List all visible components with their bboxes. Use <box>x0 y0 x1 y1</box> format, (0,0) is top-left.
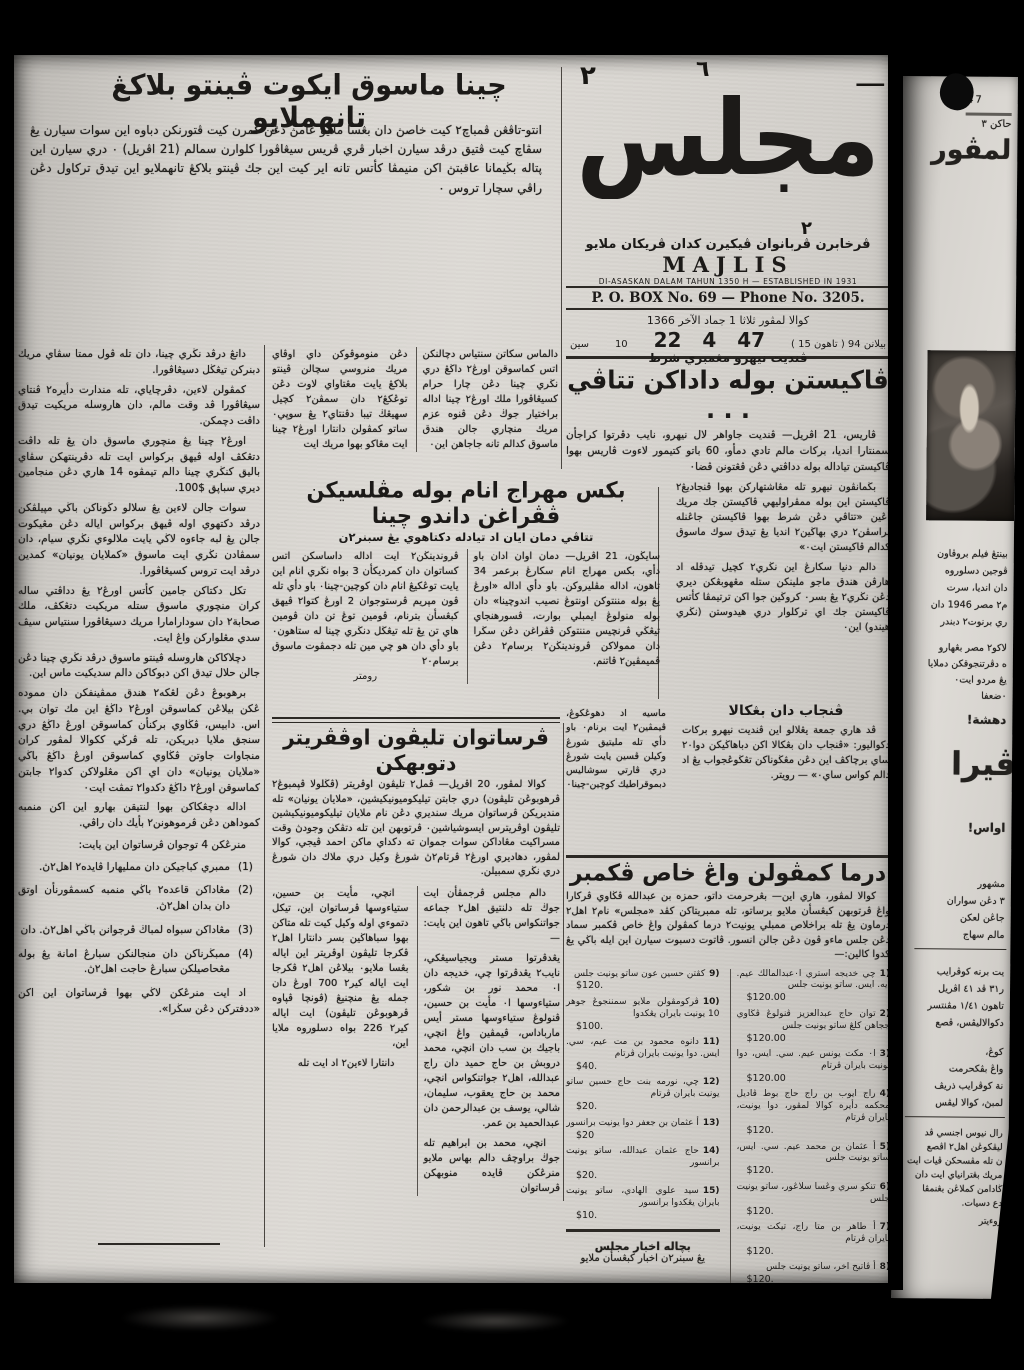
caption-line: م٢ مصر 1946 دان <box>931 599 1008 611</box>
item-amount: $100. <box>566 1021 720 1034</box>
fragment-line: رال نيوس اجنسي ڤد <box>925 1128 1003 1139</box>
fragment-line: ليڤكوڠن اهل٢ اڤصع <box>927 1142 1003 1153</box>
paragraph: تكل دكتاكن جامين كأتس اورڠ٢ يڠ دداڤتي سا… <box>18 584 260 647</box>
goal-item: (4) ممبڬرناكن دان منجالنكن سبارڠ امانة ي… <box>18 947 260 979</box>
pakistan-lead: ڤاريس، 21 اڤريل— ڤنديت جاواهر لال نيهرو،… <box>566 428 890 475</box>
article-punjab-bengal: ڤنجاب دان بڠكالا ڤد هاري جمعة يڠلالو اين… <box>682 703 890 783</box>
film-star-photo <box>926 350 1015 521</box>
goal-number: (4) <box>238 947 260 979</box>
paragraph: برهوبوڠ دڠن لڠكه٢ هندق ممڤينفكن دان ممود… <box>18 686 260 796</box>
exclamation-fragment: اواس! <box>968 821 1006 835</box>
fragment-line: كوڠ، <box>985 1047 1003 1058</box>
goal-number: (1) <box>238 860 260 876</box>
masthead-tagline: ڤرخابرن ڤربانوان ڤيكيرن كدان ڤريكان ملاي… <box>566 237 890 252</box>
continuation-col-right: دالماس سكاتن سنتياس دچالنكن اتس كماسوقن … <box>416 347 559 452</box>
logo-flourish-icon: ٦ <box>696 57 709 82</box>
fragment-line: واڠ بڤكحرمت <box>949 1063 1004 1074</box>
fragment-line: ن تله مڤسحكن ڤيات ايت <box>907 1156 1003 1167</box>
fragment-line: ر٣١ ڤد ٤١ اڤريل <box>938 983 1004 995</box>
telephone-paragraph: دانتارا لاءين٢ اد ايت تله <box>272 1056 409 1071</box>
adjacent-page-strip: 1947 حاكن ٣ لمڤور بينتڠ فيلم بروڤاون ڤوج… <box>891 76 1018 1299</box>
donation-item: 5)أ عثمان بن محمد عيم. سي. ايس، ساتو يون… <box>737 1142 891 1178</box>
fragment-line: لمبڽ، كوالا ليڤس <box>935 1097 1003 1109</box>
donation-item: 10)ڤركومڤولن ملايو سمننجوڠ جوهر 10 يونيت… <box>566 997 720 1033</box>
donation-item: 1)چي خديجه استري ا٠عبدالمالك عيم. ايه. ا… <box>737 969 891 1005</box>
paragraph: دچلاكاكن هاروسله ڤينتو ماسوق درڤد نڬري چ… <box>18 651 260 683</box>
item-text: چي، نورمه بنت حاج حسين ساتو يونيت بايران… <box>566 1077 720 1099</box>
item-number: 11) <box>703 1037 720 1047</box>
item-number: 15) <box>703 1186 720 1196</box>
fragment-rule <box>905 1116 1005 1118</box>
price-number: 10 <box>615 339 628 350</box>
donation-item: 4)راج ايوب بن راج حاج بوط ڤاديل محكمه دأ… <box>737 1089 891 1137</box>
column-rule <box>561 67 562 469</box>
lead-article-intro: انتو-تاڤڠن ڤمباچ٢ كيت خاصڽ دان بڠسا ملاي… <box>30 121 542 198</box>
pobox-phone-line: P. O. BOX No. 69 — Phone No. 3205. <box>566 286 890 310</box>
telephone-col-left: انچي، مأيت بن حسين، ستياءوسها ڤرساتوان ا… <box>272 886 409 1196</box>
item-text: أ طاهر بن متا راج، تيكت يونيت، بايران ڤر… <box>737 1222 891 1244</box>
price-unit: سين <box>570 339 589 350</box>
fragment-line: يت برنه كوڤرايب <box>937 966 1005 978</box>
section-double-rule <box>272 717 560 723</box>
caption-line: ري برنوت٢ دبندر <box>940 616 1007 628</box>
goal-number: (3) <box>238 923 260 939</box>
exclamation-fragment: دهشة! <box>967 713 1007 727</box>
item-text: تنكو سري وڠسا سلاڠور، ساتو يونيت جلس <box>737 1182 891 1204</box>
fragment-line: ه دڤرتنجوقكن دملايا <box>928 658 1007 670</box>
caption-line: دان انديا، سرت <box>947 582 1008 594</box>
annam-continuation: ماسيه اد دهوڠكوڠ، ڤيمڤين٢ ايت برنام٠ باو… <box>566 707 666 793</box>
item-text: توان حاج عبدالعزيز ڤنولوڠ ڤڬاوي ججاهن كل… <box>737 1009 891 1031</box>
item-amount: $120.00 <box>737 1073 891 1086</box>
goals-intro: منرڠكن 4 توجوان ڤرساتوان اين يايت: <box>18 838 260 854</box>
margin-smudge <box>120 1305 280 1331</box>
annam-col-left: ڤروندينڬن٢ ايت اداله داساسكن اتس كساتوان… <box>272 549 459 669</box>
donation-item: 12)چي، نورمه بنت حاج حسين ساتو يونيت باي… <box>566 1077 720 1113</box>
donation-item: 6)تنكو سري وڠسا سلاڠور، ساتو يونيت جلس$1… <box>737 1182 891 1218</box>
telephone-lead: كوالا لمڤور، 20 اڤريل— ڤمل٢ تليڤون اوڤري… <box>272 778 560 880</box>
fragment-line: لاكو٢ مصر بڠهارو <box>939 642 1007 654</box>
paragraph: اورڠ٢ چينا يڠ منچوري ماسوق دان يڠ تله دا… <box>18 434 260 497</box>
fragment-line: تاهون ١/٤١ مڤنتسر <box>927 1000 1003 1012</box>
masthead: مجلس ٢ ٦ ــــ ٢ ڤرخابرن ڤربانوان ڤيكيرن … <box>566 61 890 359</box>
article-derma: درما كمڤولن واڠ خاص ڤكمبر كوالا لمڤور، ه… <box>566 861 890 1283</box>
caption-line: ڤوجين دسلوروه <box>945 565 1008 577</box>
fragment-line: ٠ضعفا <box>981 691 1007 702</box>
annam-signoff: رومتر <box>272 669 459 684</box>
left-column: داتڠ درڤد نڬري چينا، دان تله ڤول ممتا سڤ… <box>18 347 260 1018</box>
item-amount: $120. <box>737 1246 891 1259</box>
article-pakistan: ڤنديت نيهرو مڠمبري شرط ڤاكيستن بوله دادا… <box>566 351 890 635</box>
donation-item: 7)أ طاهر بن متا راج، تيكت يونيت، بايران … <box>737 1222 891 1258</box>
item-amount: $120.00 <box>737 1033 891 1046</box>
issue-number: بيلانن 94 ( تاهون 15 ) <box>791 339 886 350</box>
donation-item: 8)أ ڤاتيح اخر، ساتو يونيت جلس$120. <box>737 1262 891 1283</box>
item-text: چي خديجه استري ا٠عبدالمالك عيم. ايه. ايس… <box>737 969 891 991</box>
paragraph: كمڤولن لاءين، دڤرچاياي، تله مندارت دأيره… <box>18 383 260 430</box>
newspaper-title-latin: MAJLIS <box>566 252 890 277</box>
item-text: أ ڤاتيح اخر، ساتو يونيت جلس <box>766 1262 875 1272</box>
goal-text: مڠاداكن سبواه لمباڬ ڤرجوانن باڬي اهل٢ڽ. … <box>21 923 230 939</box>
goal-number: (2) <box>238 883 260 915</box>
item-amount: $120. <box>737 1125 891 1138</box>
telephone-paragraph: دالم مجلس ڤرجمڤأن ايت جوڬ تله دلنتيق اهل… <box>424 886 561 946</box>
donation-column-right: 1)چي خديجه استري ا٠عبدالمالك عيم. ايه. ا… <box>730 969 891 1284</box>
logo-flourish-icon: ٢ <box>580 61 596 91</box>
item-number: 9) <box>709 969 719 979</box>
item-amount: $10. <box>566 1210 720 1223</box>
slogan-line2: يڠ سبنر٢ن اخبار كبڠسأن ملايو <box>566 1253 720 1264</box>
telephone-paragraph: انچي، محمد بن ابراهيم تله جوڬ براوچڤ دال… <box>424 1136 561 1196</box>
slogan-rule <box>566 1229 720 1232</box>
newspaper-title-jawi: مجلس <box>566 56 890 190</box>
goal-text: ممبري كباجيكن دان ممليهارا ڤايده٢ اهل٢ڽ. <box>39 860 230 876</box>
donation-item: 2)توان حاج عبدالعزيز ڤنولوڠ ڤڬاوي ججاهن … <box>737 1009 891 1045</box>
pakistan-kicker: ڤنديت نيهرو مڠمبري شرط <box>566 351 890 365</box>
punjab-bengal-body: ڤد هاري جمعة يڠلالو اين ڤنديت نيهرو بركا… <box>682 723 890 783</box>
item-text: راج ايوب بن راج حاج بوط ڤاديل محكمه دأير… <box>737 1089 891 1123</box>
telephone-headline: ڤرساتوان تليڤون اوڤڤريتر دتوبهكن <box>272 725 560 775</box>
item-amount: $20 <box>566 1130 720 1143</box>
margin-smudge <box>420 1310 570 1332</box>
article-telephone: ڤرساتوان تليڤون اوڤڤريتر دتوبهكن كوالا ل… <box>272 726 560 1196</box>
fragment-line: دكوالاليڤس، ڤصع <box>935 1017 1003 1029</box>
item-text: سيد علوي الهادي، ساتو يونيت بايران يڠكدو… <box>566 1186 720 1208</box>
newspaper-page: مجلس ٢ ٦ ــــ ٢ ڤرخابرن ڤربانوان ڤيكيرن … <box>14 55 894 1283</box>
fragment-line: دع دسيات. <box>962 1199 1003 1209</box>
dateline-jawi: كوالا لمڤور ثلاثا 1 جماد الآخر 1366 <box>566 310 890 327</box>
fragment-line: مشهور <box>977 879 1005 890</box>
item-number: 13) <box>703 1118 720 1128</box>
paragraph: سوات جالن لاءين يڠ سلالو دڬوناكن باڬي مڽ… <box>18 501 260 580</box>
telephone-paragraph: يڠدڤرتوا مستر ويجياسيڠكي، نايب٢ يڠدڤرتوا… <box>424 951 561 1131</box>
fragment-line: ٣ دڠن سواران <box>947 895 1005 907</box>
goal-text: مڠاداكن قاعده٢ باڬي منمبه كسمڤورنأن اوتق… <box>18 883 230 915</box>
telephone-paragraph: انچي، مأيت بن حسين، ستياءوسها ڤرساتوان ا… <box>272 886 409 1051</box>
date-numerals: 22 4 47 <box>654 328 766 352</box>
paragraph: اداله دچڠكاكن بهوا لنتيقن بهارو اين اكن … <box>18 800 260 832</box>
donation-item: 13)أ عثمان بن جعفر دوا يونيت برانسور$20 <box>566 1118 720 1142</box>
item-number: 10) <box>703 997 720 1007</box>
item-text: ا٠ مكت يونس عيم. سي. ايس، دوا يونيت باير… <box>737 1049 891 1071</box>
caption-line: بينتڠ فيلم بروڤاون <box>937 548 1008 560</box>
column-rule <box>264 345 265 1247</box>
masthead-logo-block: مجلس ٢ ٦ ــــ ٢ <box>566 61 890 237</box>
item-amount: $20. <box>566 1170 720 1183</box>
slogan-line1: بچاله اخبار مجلس <box>566 1240 720 1253</box>
logo-flourish-icon: ٢ <box>801 218 812 239</box>
item-text: أ عثمان بن جعفر دوا يونيت برانسور <box>566 1118 699 1128</box>
page-gutter <box>888 55 903 1290</box>
item-text: دانوه محمود بن مت عيم، سي. ايس. دوا يوني… <box>566 1037 720 1059</box>
fragment-line: يڠ مردو ايت٠ <box>954 674 1007 685</box>
fragment-line: مالم سهاج <box>963 930 1005 941</box>
fragment-line: ڬادامن كملاڠن بڠنمڤا <box>922 1184 1002 1195</box>
paragraph: اد ايت منرڠكن لاڬي بهوا ڤرساتوان اين اكن… <box>18 986 260 1018</box>
partial-headline: ڤيرا <box>951 744 1016 783</box>
lead-article-continuation: دالماس سكاتن سنتياس دچالنكن اتس كماسوقن … <box>272 347 558 473</box>
telephone-col-right: دالم مجلس ڤرجمڤأن ايت جوڬ تله دلنتيق اهل… <box>417 886 561 1196</box>
item-amount: $40. <box>566 1061 720 1074</box>
donation-item: 11)دانوه محمود بن مت عيم، سي. ايس. دوا ي… <box>566 1037 720 1073</box>
item-text: حاج عثمان عبدالله، ساتو يونيت برانسور <box>566 1146 720 1168</box>
goal-item: (2) مڠاداكن قاعده٢ باڬي منمبه كسمڤورنأن … <box>18 883 260 915</box>
fragment-line: نة كوڤرايب ذريڤ <box>934 1080 1003 1092</box>
micro-line <box>966 113 1012 116</box>
pakistan-paragraph: بڬمانڤون نيهرو تله مڠاشتهاركن بهوا ڤنجاد… <box>676 480 890 555</box>
donation-item: 3)ا٠ مكت يونس عيم. سي. ايس، دوا يونيت با… <box>737 1049 891 1085</box>
punjab-bengal-headline: ڤنجاب دان بڠكالا <box>682 703 890 719</box>
item-amount: $120. <box>566 980 720 993</box>
fragment-line: مريك بڠترانياي ايت دان <box>915 1170 1003 1181</box>
logo-flourish-icon: ــــ <box>857 67 884 91</box>
microfilm-scan: مجلس ٢ ٦ ــــ ٢ ڤرخابرن ڤربانوان ڤيكيرن … <box>0 0 1024 1370</box>
goal-item: (3) مڠاداكن سبواه لمباڬ ڤرجوانن باڬي اهل… <box>18 923 260 939</box>
goal-text: ممبڬرناكن دان منجالنكن سبارڠ امانة يڠ بو… <box>18 947 230 979</box>
item-amount: $120. <box>737 1165 891 1178</box>
end-rule <box>98 1243 220 1245</box>
item-text: أ عثمان بن محمد عيم. سي. ايس، ساتو يونيت… <box>737 1142 891 1164</box>
item-amount: $120. <box>737 1206 891 1219</box>
agency-signoff: روءيتر <box>979 1217 1002 1227</box>
item-amount: $120. <box>737 1274 891 1283</box>
item-amount: $20. <box>566 1101 720 1114</box>
donation-column-left: 9)كڤتن حسين عون ساتو يونيت جلس$120. 10)ڤ… <box>566 969 720 1284</box>
item-number: 12) <box>703 1077 720 1087</box>
page-word-fragment: لمڤور <box>931 134 1011 166</box>
donation-item: 14)حاج عثمان عبدالله، ساتو يونيت برانسور… <box>566 1146 720 1182</box>
item-text: ڤركومڤولن ملايو سمننجوڠ جوهر 10 يونيت با… <box>566 997 720 1019</box>
column-rule <box>563 723 564 1201</box>
header-fragment: حاكن ٣ <box>981 119 1011 130</box>
item-number: 14) <box>703 1146 720 1156</box>
item-amount: $120.00 <box>737 992 891 1005</box>
fragment-line: جاڠن لعكن <box>960 913 1005 924</box>
paragraph: داتڠ درڤد نڬري چينا، دان تله ڤول ممتا سڤ… <box>18 347 260 379</box>
goal-item: (1) ممبري كباجيكن دان ممليهارا ڤايده٢ اه… <box>18 860 260 876</box>
continuation-col-left: دڠن منوموڤوكن داي اوڤاي مريك منروسي سچال… <box>272 347 408 452</box>
section-rule <box>566 855 890 858</box>
derma-headline: درما كمڤولن واڠ خاص ڤكمبر <box>566 860 890 886</box>
item-text: كڤتن حسين عون ساتو يونيت جلس <box>574 969 705 979</box>
established-line: DI-ASASKAN DALAM TAHUN 1350 H — ESTABLIS… <box>566 277 890 286</box>
pakistan-headline: ڤاكيستن بوله داداكن تتاڤي . . . <box>566 366 890 425</box>
donation-item: 15)سيد علوي الهادي، ساتو يونيت بايران يڠ… <box>566 1186 720 1222</box>
fragment-rule <box>914 948 1006 950</box>
donation-item: 9)كڤتن حسين عون ساتو يونيت جلس$120. <box>566 969 720 993</box>
derma-lead: كوالا لمڤور، هاري اين— بڠرحرمت داتو، حمز… <box>566 890 890 963</box>
pakistan-paragraph: دالم دنيا سكارڠ اين نڬري٢ كچيل تيدڤله اد… <box>676 560 890 635</box>
